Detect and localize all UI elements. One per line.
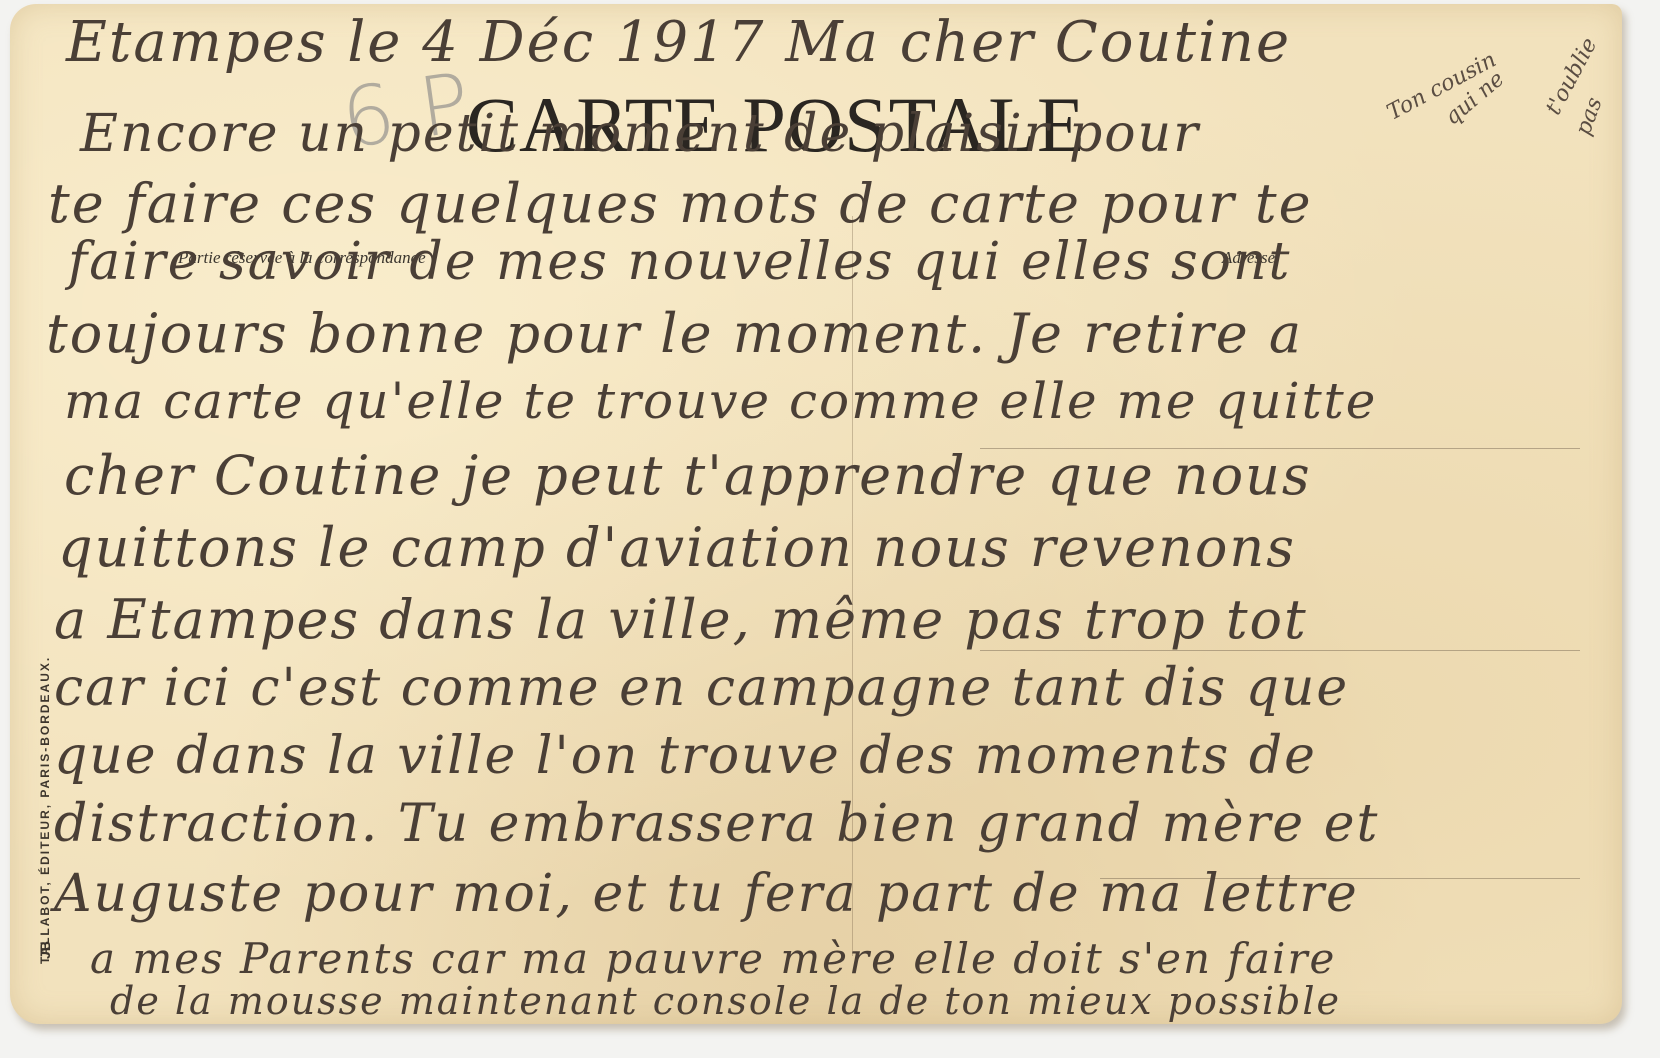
margin-note-line: pas: [1571, 94, 1608, 139]
letter-line: distraction. Tu embrassera bien grand mè…: [54, 794, 1379, 854]
letter-line: faire savoir de mes nouvelles qui elles …: [68, 232, 1291, 292]
letter-line: a Etampes dans la ville, même pas trop t…: [54, 588, 1308, 651]
letter-line: Etampes le 4 Déc 1917 Ma cher Coutine: [66, 10, 1291, 75]
letter-line: quittons le camp d'aviation nous revenon…: [58, 516, 1296, 579]
letter-line: a mes Parents car ma pauvre mère elle do…: [90, 934, 1336, 983]
postcard: CARTE POSTALE Partie réservée à la corre…: [10, 4, 1622, 1024]
letter-line: de la mousse maintenant console la de to…: [110, 979, 1341, 1023]
letter-line: Encore un petit moment de plaisir pour: [80, 104, 1200, 164]
letter-line: ma carte qu'elle te trouve comme elle me…: [64, 372, 1377, 430]
letter-line: cher Coutine je peut t'apprendre que nou…: [64, 444, 1312, 507]
letter-line: Auguste pour moi, et tu fera part de ma …: [54, 864, 1359, 924]
letter-line: car ici c'est comme en campagne tant dis…: [54, 658, 1349, 718]
letter-line: que dans la ville l'on trouve des moment…: [54, 726, 1317, 786]
letter-line: te faire ces quelques mots de carte pour…: [48, 172, 1313, 235]
publisher-logo: JB: [37, 941, 53, 959]
letter-line: toujours bonne pour le moment. Je retire…: [46, 302, 1303, 365]
publisher-imprint: TALLABOT, ÉDITEUR, PARIS-BORDEAUX.: [38, 656, 52, 964]
